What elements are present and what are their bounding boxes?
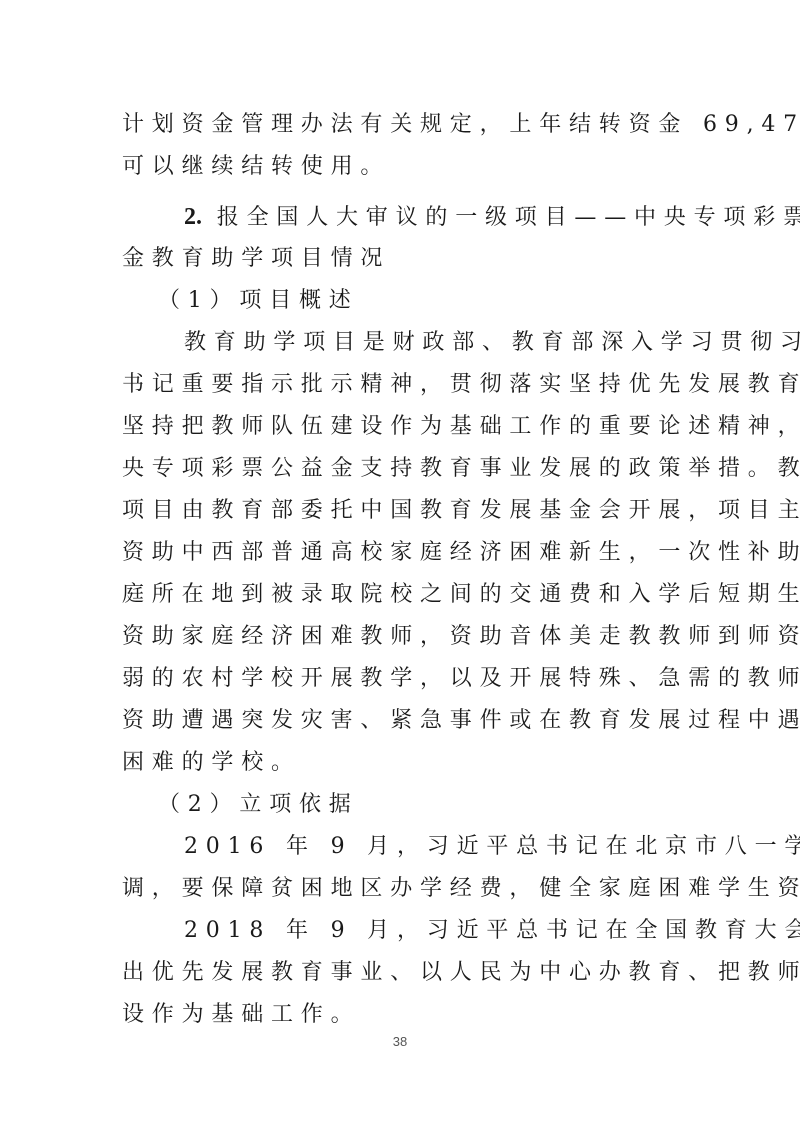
section-title-line: 报全国人大审议的一级项目——中央专项彩票公益: [217, 205, 800, 230]
text-line: 资助遭遇突发灾害、紧急事件或在教育发展过程中遇到特殊: [122, 700, 682, 742]
section-number: 2.: [184, 204, 202, 230]
text-line: 出优先发展教育事业、以人民为中心办教育、把教师队伍建: [122, 952, 682, 994]
paragraph-basis-2016: 2016 年 9 月，习近平总书记在北京市八一学校考察时强 调，要保障贫困地区办…: [122, 826, 682, 910]
page-number: 38: [0, 1034, 800, 1049]
text-line: 调，要保障贫困地区办学经费，健全家庭困难学生资助体系。: [122, 868, 682, 910]
text-line: 2018 年 9 月，习近平总书记在全国教育大会上，明确提: [122, 910, 682, 952]
document-page: 计划资金管理办法有关规定，上年结转资金 69,473.00 万元 可以继续结转使…: [0, 0, 800, 1131]
text-line: 计划资金管理办法有关规定，上年结转资金 69,473.00 万元: [122, 104, 682, 146]
paragraph-overview: 教育助学项目是财政部、教育部深入学习贯彻习近平总 书记重要指示批示精神，贯彻落实…: [122, 322, 682, 784]
subheading-overview: （1）项目概述: [122, 280, 682, 322]
text-line: 设作为基础工作。: [122, 994, 682, 1036]
text-line: 资助中西部普通高校家庭经济困难新生，一次性补助其从家: [122, 532, 682, 574]
text-line: 可以继续结转使用。: [122, 146, 682, 188]
section-title-line: 金教育助学项目情况: [122, 238, 682, 280]
text-line: 困难的学校。: [122, 742, 682, 784]
paragraph-carryover: 计划资金管理办法有关规定，上年结转资金 69,473.00 万元 可以继续结转使…: [122, 104, 682, 188]
text-line: 书记重要指示批示精神，贯彻落实坚持优先发展教育事业、: [122, 364, 682, 406]
paragraph-basis-2018: 2018 年 9 月，习近平总书记在全国教育大会上，明确提 出优先发展教育事业、…: [122, 910, 682, 1036]
document-body: 计划资金管理办法有关规定，上年结转资金 69,473.00 万元 可以继续结转使…: [122, 104, 682, 1036]
text-line: 弱的农村学校开展教学，以及开展特殊、急需的教师培训；: [122, 658, 682, 700]
text-line: 2016 年 9 月，习近平总书记在北京市八一学校考察时强: [122, 826, 682, 868]
text-line: 庭所在地到被录取院校之间的交通费和入学后短期生活费；: [122, 574, 682, 616]
subheading-text: （2）立项依据: [122, 784, 682, 826]
subheading-text: （1）项目概述: [122, 280, 682, 322]
text-line: 项目由教育部委托中国教育发展基金会开展，项目主要用于: [122, 490, 682, 532]
text-line: 教育助学项目是财政部、教育部深入学习贯彻习近平总: [122, 322, 682, 364]
text-line: 资助家庭经济困难教师，资助音体美走教教师到师资力量薄: [122, 616, 682, 658]
text-line: 央专项彩票公益金支持教育事业发展的政策举措。教育助学: [122, 448, 682, 490]
subheading-basis: （2）立项依据: [122, 784, 682, 826]
text-line: 坚持把教师队伍建设作为基础工作的重要论述精神，通过中: [122, 406, 682, 448]
section-heading: 2. 报全国人大审议的一级项目——中央专项彩票公益 金教育助学项目情况: [122, 196, 682, 280]
